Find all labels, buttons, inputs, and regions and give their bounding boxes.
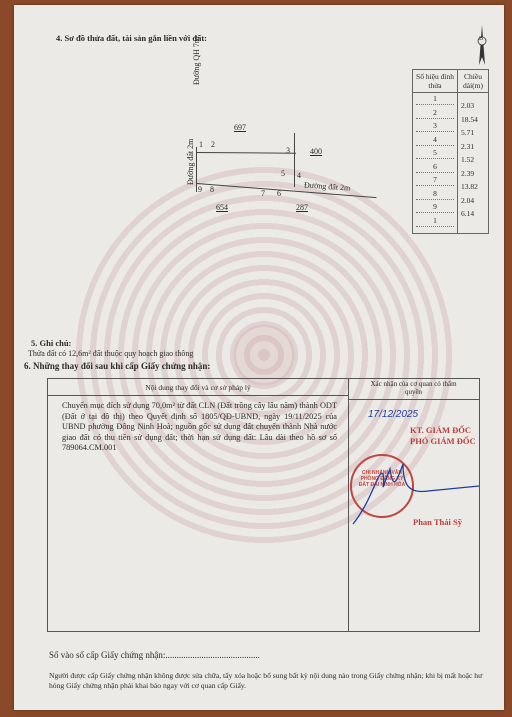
change-content: Chuyển mục đích sử dụng 70,0m² từ đất CL… bbox=[62, 401, 337, 454]
vertex-column: 1234567891 bbox=[416, 93, 454, 233]
vertex-id: 1 bbox=[416, 215, 454, 227]
vertex-id: 6 bbox=[416, 161, 454, 173]
vertex-id: 1 bbox=[416, 93, 454, 105]
vertex-id: 4 bbox=[416, 134, 454, 146]
changes-table: Nội dung thay đổi và cơ sở pháp lý Xác n… bbox=[47, 378, 480, 632]
signature-icon bbox=[348, 439, 479, 529]
vertex-id: 2 bbox=[416, 107, 454, 119]
confirmation-block: 17/12/2025 KT. GIÁM ĐỐC PHÓ GIÁM ĐỐC CHI… bbox=[348, 399, 479, 539]
length-column: 2.0318.545.712.311.522.3913.822.046.14 bbox=[461, 93, 485, 233]
parcel-diagram: Đường QH 7m Đường đất 2m Đường đất 2m 69… bbox=[14, 5, 414, 225]
road-bottom-label: Đường đất 2m bbox=[304, 180, 351, 192]
segment-length: 18.54 bbox=[461, 114, 478, 125]
segment-length: 5.71 bbox=[461, 127, 474, 138]
vertex-id: 8 bbox=[416, 188, 454, 200]
vertex-id: 9 bbox=[416, 201, 454, 213]
segment-length: 1.52 bbox=[461, 154, 474, 165]
segment-length: 13.82 bbox=[461, 181, 478, 192]
content-header: Nội dung thay đổi và cơ sở pháp lý bbox=[48, 383, 348, 392]
vertex-id: 3 bbox=[416, 120, 454, 132]
vertex-id: 7 bbox=[416, 174, 454, 186]
segment-length: 2.31 bbox=[461, 141, 474, 152]
segment-length: 2.39 bbox=[461, 168, 474, 179]
road-left-label: Đường đất 2m bbox=[186, 139, 195, 185]
segment-length: 6.14 bbox=[461, 208, 474, 219]
register-line: Số vào số cấp Giấy chứng nhận:..........… bbox=[49, 650, 260, 660]
vertex-length-table: Số hiệu đỉnh thửa Chiều dài(m) 123456789… bbox=[412, 69, 489, 234]
note-text: Thửa đất có 12,6m² đất thuộc quy hoạch g… bbox=[28, 349, 193, 358]
confirm-date: 17/12/2025 bbox=[368, 409, 418, 420]
section-5-title: 5. Ghi chú: bbox=[31, 338, 71, 348]
signer-name: Phan Thái Sỹ bbox=[413, 517, 462, 527]
certificate-page: 4. Sơ đồ thửa đất, tài sản gắn liền với … bbox=[14, 5, 504, 710]
section-6-title: 6. Những thay đổi sau khi cấp Giấy chứng… bbox=[24, 361, 210, 371]
warning-text: Người được cấp Giấy chứng nhận không đượ… bbox=[49, 671, 489, 691]
signer-title-1: KT. GIÁM ĐỐC bbox=[410, 425, 471, 435]
segment-length: 2.04 bbox=[461, 195, 474, 206]
road-qh-label: Đường QH 7m bbox=[192, 37, 201, 85]
vertex-id: 5 bbox=[416, 147, 454, 159]
segment-length: 2.03 bbox=[461, 100, 474, 111]
north-arrow-icon: B bbox=[476, 25, 488, 67]
confirm-header: Xác nhận của cơ quan có thẩm quyền bbox=[348, 380, 479, 396]
